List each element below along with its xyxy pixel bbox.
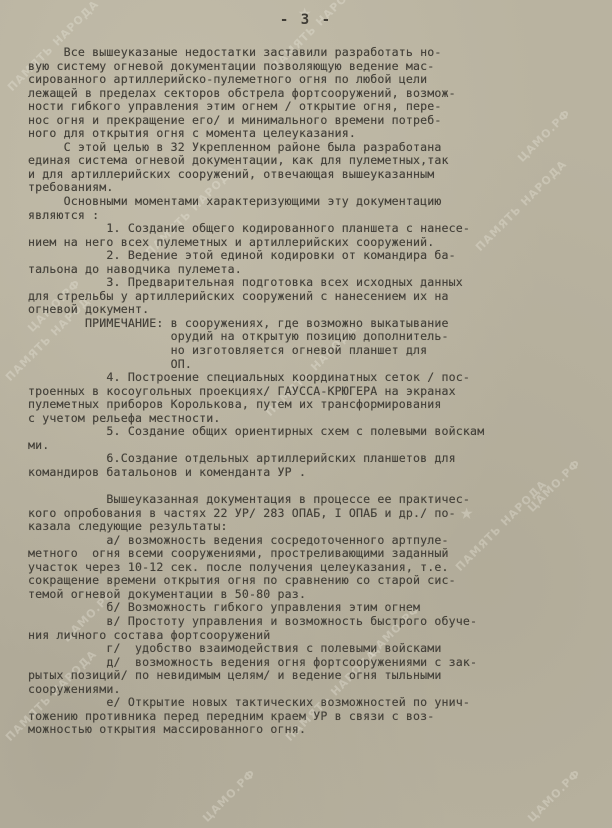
text-line: пулеметных приборов Королькова, путем их… xyxy=(28,398,608,412)
text-line: 5. Создание общих ориентирных схем с пол… xyxy=(28,425,608,439)
text-line: с учетом рельефа местности. xyxy=(28,412,608,426)
text-line: казала следующие результаты: xyxy=(28,520,608,534)
text-line: темой огневой документации в 50-80 раз. xyxy=(28,588,608,602)
text-line: 3. Предварительная подготовка всех исход… xyxy=(28,276,608,290)
text-line: ния личного состава фортсооружений xyxy=(28,629,608,643)
text-line: е/ Открытие новых тактических возможност… xyxy=(28,696,608,710)
text-line: 4. Построение специальных координатных с… xyxy=(28,371,608,385)
text-line: нием на него всех пулеметных и артиллери… xyxy=(28,236,608,250)
text-line: троенных в косоугольных проекциях/ ГАУСС… xyxy=(28,385,608,399)
text-line xyxy=(28,480,608,494)
text-line: 6.Создание отдельных артиллерийских план… xyxy=(28,452,608,466)
text-line: в/ Простоту управления и возможность быс… xyxy=(28,615,608,629)
text-line: но изготовляется огневой планшет для xyxy=(28,344,608,358)
text-line: сокращение времени открытия огня по срав… xyxy=(28,574,608,588)
text-line: нос огня и прекращение его/ и минимально… xyxy=(28,114,608,128)
text-line: ного для открытия огня с момента целеука… xyxy=(28,127,608,141)
text-line: д/ возможность ведения огня фортсооружен… xyxy=(28,656,608,670)
text-line: г/ удобство взаимодействия с полевыми во… xyxy=(28,642,608,656)
text-line: рытых позиций/ по невидимым целям/ и вед… xyxy=(28,669,608,683)
text-line: тальона до наводчика пулемета. xyxy=(28,263,608,277)
text-line: 2. Ведение этой единой кодировки от кома… xyxy=(28,249,608,263)
text-line: сированного артиллерийско-пулеметного ог… xyxy=(28,73,608,87)
text-line: требованиям. xyxy=(28,181,608,195)
text-line: а/ возможность ведения сосредоточенного … xyxy=(28,534,608,548)
text-line: ности гибкого управления этим огнем / от… xyxy=(28,100,608,114)
text-line: лежащей в пределах секторов обстрела фор… xyxy=(28,87,608,101)
text-line: огневой документ. xyxy=(28,303,608,317)
text-line: Вышеуказанная документация в процессе ее… xyxy=(28,493,608,507)
text-line: вую систему огневой документации позволя… xyxy=(28,60,608,74)
text-line: являются : xyxy=(28,209,608,223)
text-line: орудий на открытую позицию дополнитель- xyxy=(28,330,608,344)
text-line: ОП. xyxy=(28,358,608,372)
text-line: участок через 10-12 сек. после получения… xyxy=(28,561,608,575)
page-number: - 3 - xyxy=(0,12,612,28)
text-line: для стрельбы у артиллерийских сооружений… xyxy=(28,290,608,304)
text-line: ми. xyxy=(28,439,608,453)
text-line: Все вышеуказаные недостатки заставили ра… xyxy=(28,46,608,60)
text-line: тожению противника перед передним краем … xyxy=(28,710,608,724)
text-line: единая система огневой документации, как… xyxy=(28,154,608,168)
text-line: командиров батальонов и коменданта УР . xyxy=(28,466,608,480)
text-line: ПРИМЕЧАНИЕ: в сооружениях, где возможно … xyxy=(28,317,608,331)
text-line: С этой целью в 32 Укрепленном районе был… xyxy=(28,141,608,155)
text-line: б/ Возможность гибкого управления этим о… xyxy=(28,601,608,615)
text-line: 1. Создание общего кодированного планшет… xyxy=(28,222,608,236)
text-line: сооружениями. xyxy=(28,683,608,697)
text-line: Основными моментами характеризующими эту… xyxy=(28,195,608,209)
text-line: метного огня всеми сооружениями, простре… xyxy=(28,547,608,561)
text-line: кого опробования в частях 22 УР/ 283 ОПА… xyxy=(28,507,608,521)
text-line: можностью открытия массированного огня. xyxy=(28,723,608,737)
text-line: и для артиллерийских сооружений, отвечаю… xyxy=(28,168,608,182)
document-body: Все вышеуказаные недостатки заставили ра… xyxy=(28,46,608,737)
